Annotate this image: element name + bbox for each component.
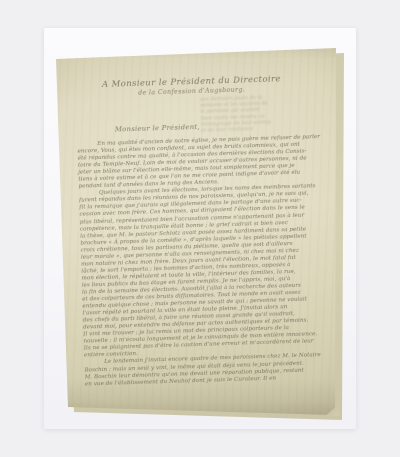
letter-text: A Monsieur le Président du Directoire de…: [50, 44, 341, 413]
show-through-text: aux derniers jours de la semaine et les …: [200, 93, 333, 134]
salutation: Monsieur le Président,: [115, 123, 200, 134]
letter-body: En ma qualité d'ancien de notre église, …: [77, 134, 339, 388]
photo-of-letter: A Monsieur le Président du Directoire de…: [0, 0, 400, 457]
